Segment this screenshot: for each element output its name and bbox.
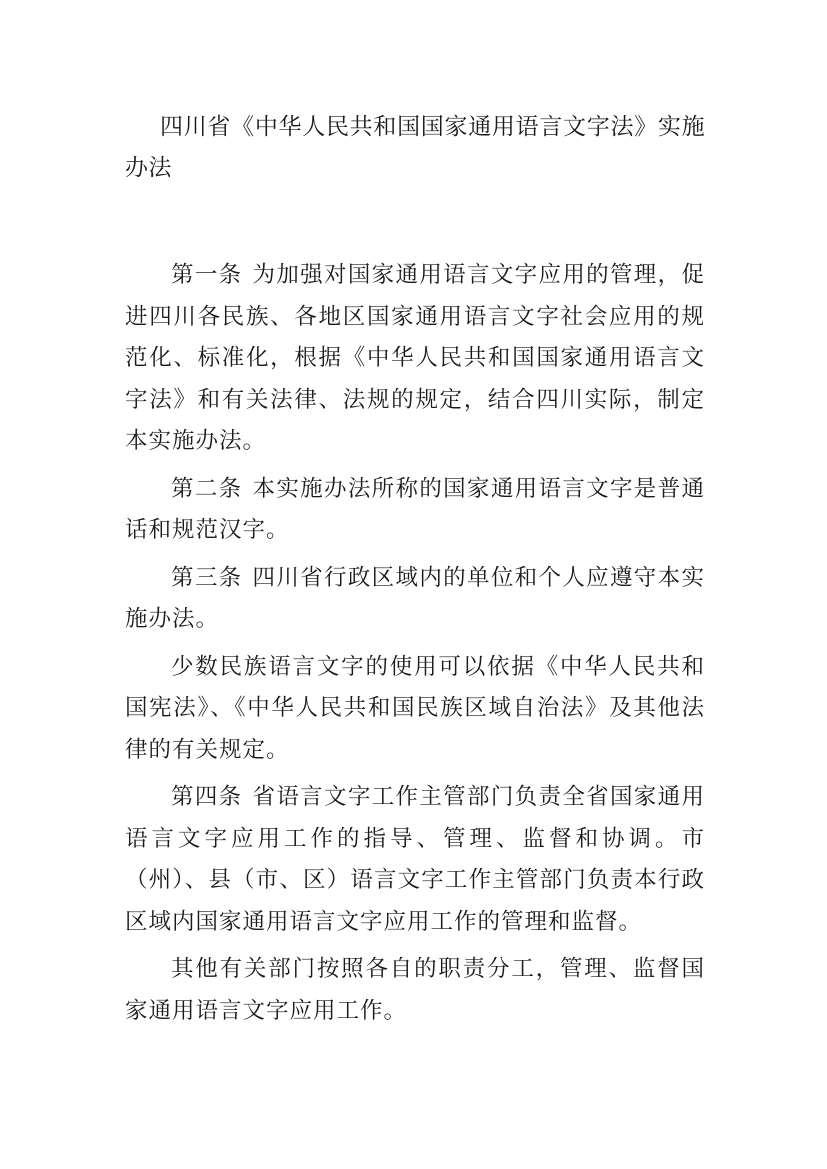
article-text: 为加强对国家通用语言文字应用的管理，促进四川各民族、各地区国家通用语言文字社会应… — [125, 262, 705, 454]
article-4-clause-2-paragraph: 其他有关部门按照各自的职责分工，管理、监督国家通用语言文字应用工作。 — [125, 949, 705, 1032]
document-title: 四川省《中华人民共和国国家通用语言文字法》实施办法 — [125, 107, 705, 189]
article-3-paragraph: 第三条四川省行政区域内的单位和个人应遵守本实施办法。 — [125, 558, 705, 641]
article-number: 第二条 — [171, 476, 243, 502]
article-text: 少数民族语言文字的使用可以依据《中华人民共和国宪法》、《中华人民共和国民族区域自… — [125, 654, 705, 763]
article-number: 第四条 — [171, 784, 243, 810]
article-4-paragraph: 第四条省语言文字工作主管部门负责全省国家通用语言文字应用工作的指导、管理、监督和… — [125, 777, 705, 943]
article-3-clause-2-paragraph: 少数民族语言文字的使用可以依据《中华人民共和国宪法》、《中华人民共和国民族区域自… — [125, 647, 705, 772]
article-number: 第三条 — [171, 565, 243, 591]
document-page: 四川省《中华人民共和国国家通用语言文字法》实施办法 第一条为加强对国家通用语言文… — [125, 107, 705, 1038]
article-text: 其他有关部门按照各自的职责分工，管理、监督国家通用语言文字应用工作。 — [125, 956, 705, 1024]
article-2-paragraph: 第二条本实施办法所称的国家通用语言文字是普通话和规范汉字。 — [125, 469, 705, 552]
article-number: 第一条 — [171, 262, 243, 288]
article-1-paragraph: 第一条为加强对国家通用语言文字应用的管理，促进四川各民族、各地区国家通用语言文字… — [125, 255, 705, 463]
